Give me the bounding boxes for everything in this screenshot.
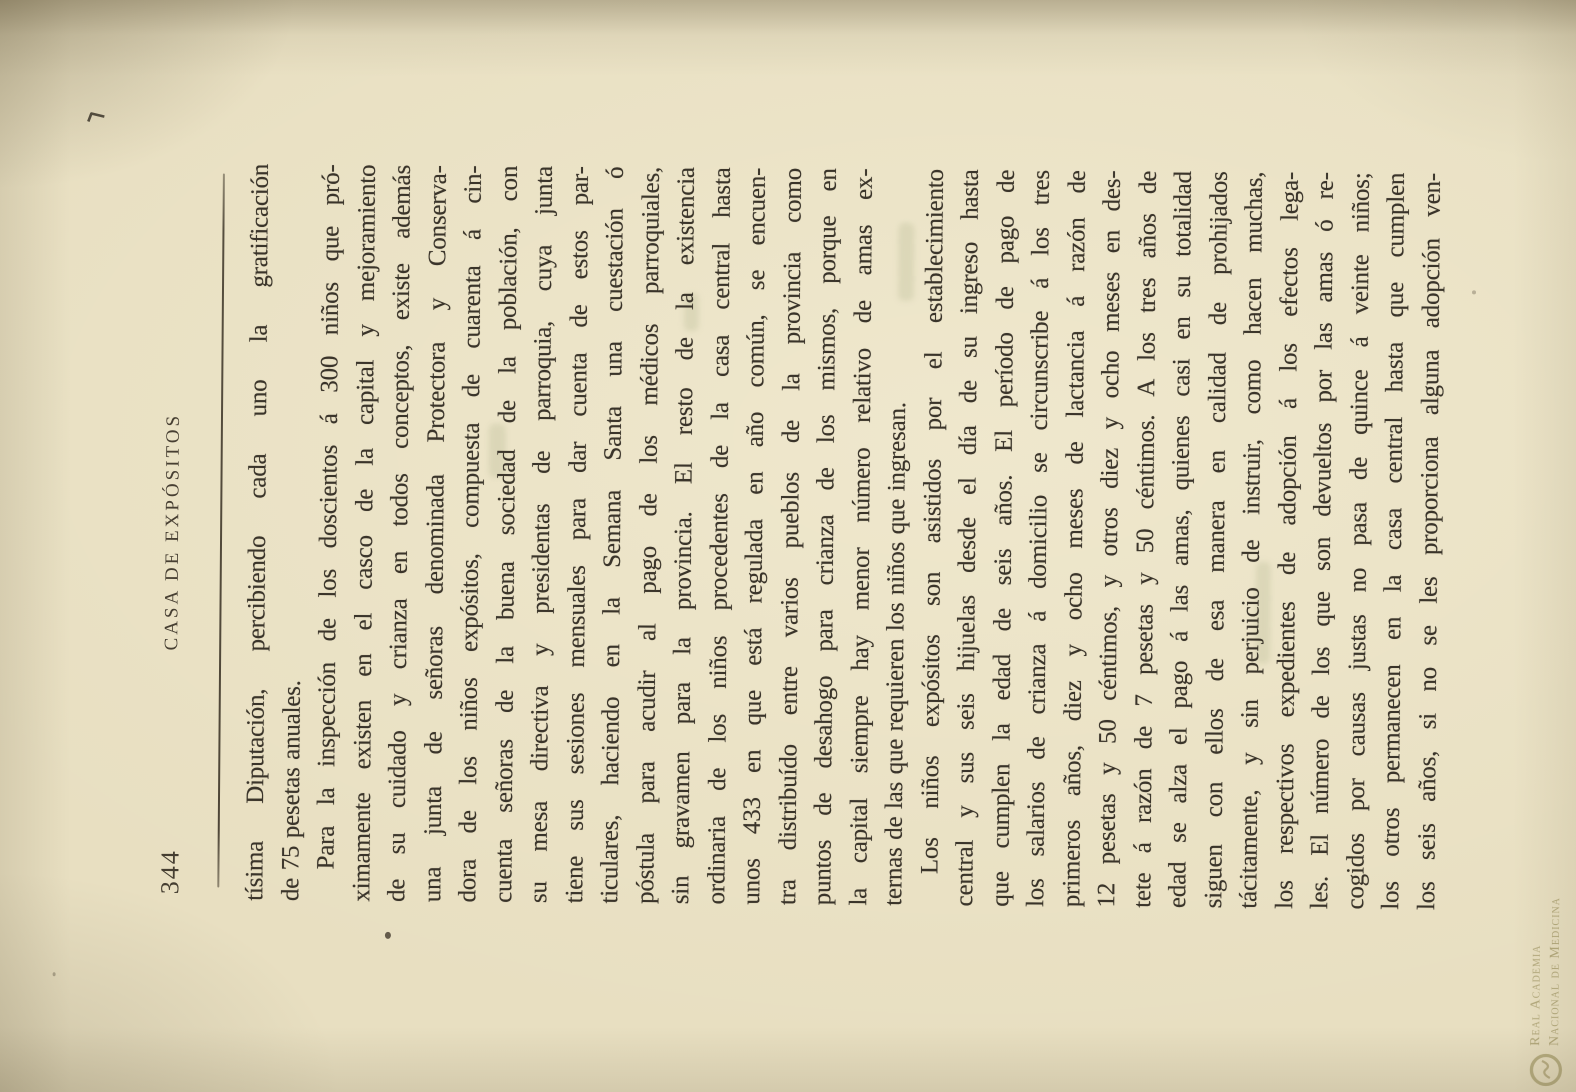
text-line: ximamente existen en el casco de la capi… [344,165,385,902]
text-line: los salarios de crianza á domicilio se c… [1018,170,1059,907]
text-line: de su cuidado y crianza en todos concept… [379,165,420,902]
text-line: los seis años, si no se les proporciona … [1409,173,1450,910]
stamp-text: Real Academia Nacional de Medicina [1526,897,1565,1046]
text-line: una junta de señoras denominada Protecto… [415,165,456,902]
running-title: CASA DE EXPÓSITOS [159,163,187,900]
text-line: tácitamente, y sin perjuicio de instruir… [1231,172,1272,909]
text-line: Los niños expósitos son asistidos por el… [912,169,953,906]
text-line: ordinaria de los niños procedentes de la… [699,167,740,904]
library-stamp: Real Academia Nacional de Medicina [1524,870,1572,1090]
text-line: siguen con ellos de esa manera en calida… [1196,171,1237,908]
text-line: la capital siempre hay menor número rela… [841,168,882,905]
book-page: 344 CASA DE EXPÓSITOS tísima Diputación,… [0,0,1576,1092]
text-line: de 75 pesetas anuales. [273,164,314,901]
text-line: cuenta señoras de la buena sociedad de l… [486,166,527,903]
text-paragraph: tísima Diputación, percibiendo cada uno … [237,164,314,902]
text-line: central y sus seis hijuelas desde el día… [947,169,988,906]
text-line: dora de los niños expósitos, compuesta d… [450,165,491,902]
text-line: sin gravamen para la provincia. El resto… [663,167,704,904]
text-line: les. El número de los que son devueltos … [1302,172,1343,909]
text-line: ternas de las que requieren los niños qu… [876,169,917,906]
header-rule [217,174,225,888]
text-paragraph: Los niños expósitos son asistidos por el… [912,169,1450,910]
text-line: puntos de desahogo para crianza de los m… [805,168,846,905]
text-line: edad se alza el pago á las amas, quienes… [1160,171,1201,908]
text-line: cogidos por causas justas no pasa de qui… [1338,172,1379,909]
text-line: tísima Diputación, percibiendo cada uno … [237,164,278,901]
scanned-book-page: 344 CASA DE EXPÓSITOS tísima Diputación,… [0,0,1576,1092]
page-text: tísima Diputación, percibiendo cada uno … [237,164,1450,910]
page-header: 344 CASA DE EXPÓSITOS [153,163,203,900]
ink-speck [385,932,391,939]
text-line: los respectivos expedientes de adopción … [1267,172,1308,909]
stamp-line-2: Nacional de Medicina [1545,897,1565,1046]
text-line: primeros años, diez y ocho meses de lact… [1054,170,1095,907]
text-line: Para la inspección de los doscientos á 3… [308,164,349,901]
stamp-line-1: Real Academia [1526,897,1546,1046]
text-line: tete á razón de 7 pesetas y 50 céntimos.… [1125,171,1166,908]
text-line: unos 433 en que está regulada en año com… [734,168,775,905]
text-line: tra distribuído entre varios pueblos de … [770,168,811,905]
text-line: 12 pesetas y 50 céntimos, y otros diez y… [1089,170,1130,907]
ink-speck [53,972,56,976]
text-line: los otros permanecen en la casa central … [1373,173,1414,910]
text-line: tiene sus sesiones mensuales para dar cu… [557,166,598,903]
text-line: que cumplen la edad de seis años. El per… [983,170,1024,907]
ink-speck [1472,290,1476,294]
text-line: póstula para acudir al pago de los médic… [628,167,669,904]
text-paragraph: Para la inspección de los doscientos á 3… [308,164,917,906]
ranm-emblem-icon [1528,1052,1569,1088]
pen-mark [85,104,107,124]
text-line: ticulares, haciendo en la Semana Santa u… [592,166,633,903]
text-line: su mesa directiva y presidentas de parro… [521,166,562,903]
